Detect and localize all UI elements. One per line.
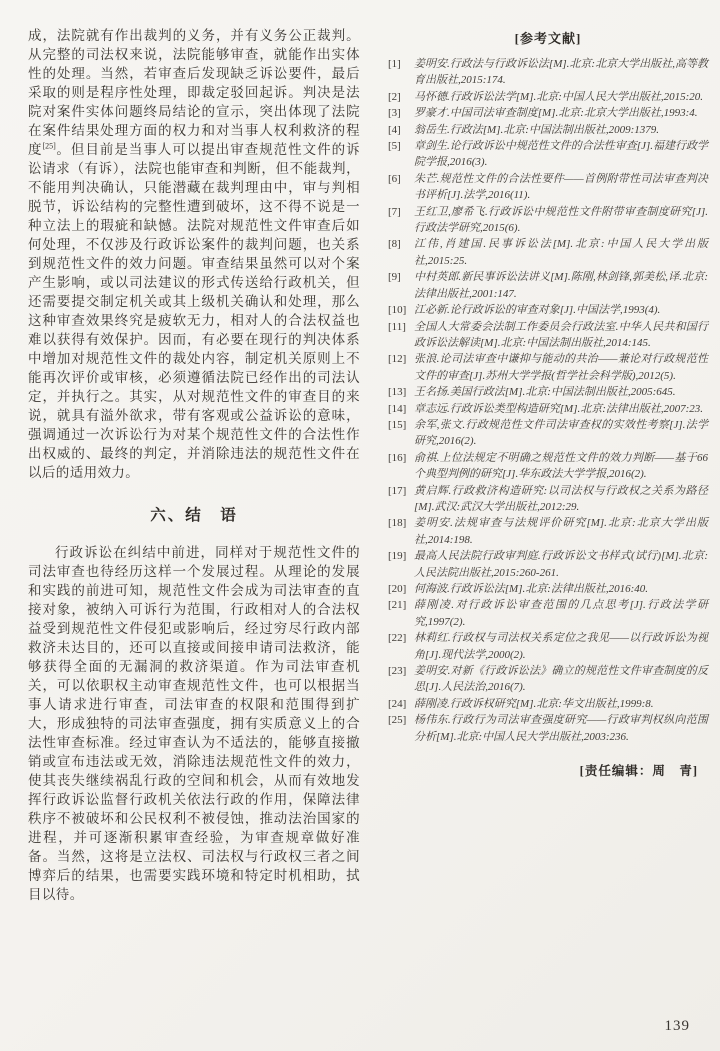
reference-item: [3] 罗豪才.中国司法审查制度[M].北京:北京大学出版社,1993:4. [388, 105, 708, 121]
reference-text: 姜明安.行政法与行政诉讼法[M].北京:北京大学出版社,高等教育出版社,2015… [414, 56, 708, 89]
reference-number: [11] [388, 319, 414, 352]
reference-number: [20] [388, 581, 414, 597]
reference-item: [16] 俞祺.上位法规定不明确之规范性文件的效力判断——基于66个典型判例的研… [388, 450, 708, 483]
reference-text: 章志远.行政诉讼类型构造研究[M].北京:法律出版社,2007:23. [414, 401, 708, 417]
reference-number: [24] [388, 696, 414, 712]
references-list: [1] 姜明安.行政法与行政诉讼法[M].北京:北京大学出版社,高等教育出版社,… [388, 56, 708, 745]
reference-item: [14] 章志远.行政诉讼类型构造研究[M].北京:法律出版社,2007:23. [388, 401, 708, 417]
reference-number: [10] [388, 302, 414, 318]
reference-number: [21] [388, 597, 414, 630]
reference-text: 杨伟东.行政行为司法审查强度研究——行政审判权纵向范围分析[M].北京:中国人民… [414, 712, 708, 745]
reference-item: [11] 全国人大常委会法制工作委员会行政法室.中华人民共和国行政诉讼法解读[M… [388, 319, 708, 352]
reference-text: 章剑生.论行政诉讼中规范性文件的合法性审查[J].福建行政学院学报,2016(3… [414, 138, 708, 171]
reference-text: 薛刚凌.行政诉权研究[M].北京:华文出版社,1999:8. [414, 696, 708, 712]
reference-text: 中村英郎.新民事诉讼法讲义[M].陈刚,林剑锋,郭美松,译.北京:法律出版社,2… [414, 269, 708, 302]
footnote-marker: [25] [43, 142, 56, 151]
reference-item: [8] 江伟,肖建国.民事诉讼法[M].北京:中国人民大学出版社,2015:25… [388, 236, 708, 269]
reference-text: 黄启辉.行政救济构造研究:以司法权与行政权之关系为路径[M].武汉:武汉大学出版… [414, 483, 708, 516]
reference-item: [25] 杨伟东.行政行为司法审查强度研究——行政审判权纵向范围分析[M].北京… [388, 712, 708, 745]
reference-number: [18] [388, 515, 414, 548]
reference-number: [13] [388, 384, 414, 400]
reference-item: [6] 朱芒.规范性文件的合法性要件——首例附带性司法审查判决书评析[J].法学… [388, 171, 708, 204]
reference-text: 最高人民法院行政审判庭.行政诉讼文书样式(试行)[M].北京:人民法院出版社,2… [414, 548, 708, 581]
reference-number: [15] [388, 417, 414, 450]
reference-text: 江必新.论行政诉讼的审查对象[J].中国法学,1993(4). [414, 302, 708, 318]
reference-number: [6] [388, 171, 414, 204]
reference-item: [19] 最高人民法院行政审判庭.行政诉讼文书样式(试行)[M].北京:人民法院… [388, 548, 708, 581]
reference-item: [15] 余军,张文.行政规范性文件司法审查权的实效性考察[J].法学研究,20… [388, 417, 708, 450]
paper-page: 成，法院就有作出裁判的义务，并有义务公正裁判。从完整的司法权来说，法院能够审查，… [0, 0, 720, 1051]
reference-item: [23] 姜明安.对新《行政诉讼法》确立的规范性文件审查制度的反思[J].人民法… [388, 663, 708, 696]
paragraph-1-text: 成，法院就有作出裁判的义务，并有义务公正裁判。从完整的司法权来说，法院能够审查，… [28, 28, 360, 157]
reference-number: [14] [388, 401, 414, 417]
reference-item: [10] 江必新.论行政诉讼的审查对象[J].中国法学,1993(4). [388, 302, 708, 318]
reference-number: [23] [388, 663, 414, 696]
reference-text: 朱芒.规范性文件的合法性要件——首例附带性司法审查判决书评析[J].法学,201… [414, 171, 708, 204]
reference-number: [3] [388, 105, 414, 121]
reference-item: [21] 薛刚凌.对行政诉讼审查范围的几点思考[J].行政法学研究,1997(2… [388, 597, 708, 630]
reference-item: [4] 翁岳生.行政法[M].北京:中国法制出版社,2009:1379. [388, 122, 708, 138]
reference-text: 姜明安.法规审查与法规评价研究[M].北京:北京大学出版社,2014:198. [414, 515, 708, 548]
reference-number: [1] [388, 56, 414, 89]
reference-item: [22] 林莉红.行政权与司法权关系定位之我见——以行政诉讼为视角[J].现代法… [388, 630, 708, 663]
page-number: 139 [665, 1018, 691, 1035]
reference-text: 王红卫,廖希飞.行政诉讼中规范性文件附带审查制度研究[J].行政法学研究,201… [414, 204, 708, 237]
references-column: [参考文献] [1] 姜明安.行政法与行政诉讼法[M].北京:北京大学出版社,高… [388, 26, 708, 779]
reference-text: 姜明安.对新《行政诉讼法》确立的规范性文件审查制度的反思[J].人民法治,201… [414, 663, 708, 696]
paragraph-1-continued: 。但目前是当事人可以提出审查规范性文件的诉讼请求（有诉），法院也能审查和判断，但… [28, 142, 360, 480]
reference-text: 薛刚凌.对行政诉讼审查范围的几点思考[J].行政法学研究,1997(2). [414, 597, 708, 630]
reference-number: [9] [388, 269, 414, 302]
editor-credit: [责任编辑：周 青] [388, 761, 708, 779]
reference-text: 江伟,肖建国.民事诉讼法[M].北京:中国人民大学出版社,2015:25. [414, 236, 708, 269]
reference-item: [13] 王名扬.美国行政法[M].北京:中国法制出版社,2005:645. [388, 384, 708, 400]
reference-item: [17] 黄启辉.行政救济构造研究:以司法权与行政权之关系为路径[M].武汉:武… [388, 483, 708, 516]
reference-item: [2] 马怀德.行政诉讼法学[M].北京:中国人民大学出版社,2015:20. [388, 89, 708, 105]
reference-number: [22] [388, 630, 414, 663]
reference-text: 余军,张文.行政规范性文件司法审查权的实效性考察[J].法学研究,2016(2)… [414, 417, 708, 450]
reference-item: [20] 何海波.行政诉讼法[M].北京:法律出版社,2016:40. [388, 581, 708, 597]
reference-item: [18] 姜明安.法规审查与法规评价研究[M].北京:北京大学出版社,2014:… [388, 515, 708, 548]
reference-text: 全国人大常委会法制工作委员会行政法室.中华人民共和国行政诉讼法解读[M].北京:… [414, 319, 708, 352]
reference-item: [5] 章剑生.论行政诉讼中规范性文件的合法性审查[J].福建行政学院学报,20… [388, 138, 708, 171]
reference-item: [12] 张浪.论司法审查中谦抑与能动的共治——兼论对行政规范性文件的审查[J]… [388, 351, 708, 384]
body-paragraph-1: 成，法院就有作出裁判的义务，并有义务公正裁判。从完整的司法权来说，法院能够审查，… [28, 26, 360, 482]
reference-number: [5] [388, 138, 414, 171]
reference-text: 俞祺.上位法规定不明确之规范性文件的效力判断——基于66个典型判例的研究[J].… [414, 450, 708, 483]
reference-text: 何海波.行政诉讼法[M].北京:法律出版社,2016:40. [414, 581, 708, 597]
references-heading: [参考文献] [388, 28, 708, 47]
reference-item: [9] 中村英郎.新民事诉讼法讲义[M].陈刚,林剑锋,郭美松,译.北京:法律出… [388, 269, 708, 302]
reference-number: [17] [388, 483, 414, 516]
reference-number: [19] [388, 548, 414, 581]
reference-number: [2] [388, 89, 414, 105]
reference-text: 翁岳生.行政法[M].北京:中国法制出版社,2009:1379. [414, 122, 708, 138]
section-heading-conclusion: 六、结 语 [28, 503, 360, 525]
reference-number: [4] [388, 122, 414, 138]
reference-text: 王名扬.美国行政法[M].北京:中国法制出版社,2005:645. [414, 384, 708, 400]
reference-number: [8] [388, 236, 414, 269]
reference-text: 罗豪才.中国司法审查制度[M].北京:北京大学出版社,1993:4. [414, 105, 708, 121]
left-column: 成，法院就有作出裁判的义务，并有义务公正裁判。从完整的司法权来说，法院能够审查，… [28, 26, 360, 904]
reference-item: [24] 薛刚凌.行政诉权研究[M].北京:华文出版社,1999:8. [388, 696, 708, 712]
reference-item: [1] 姜明安.行政法与行政诉讼法[M].北京:北京大学出版社,高等教育出版社,… [388, 56, 708, 89]
reference-number: [16] [388, 450, 414, 483]
reference-text: 张浪.论司法审查中谦抑与能动的共治——兼论对行政规范性文件的审查[J].苏州大学… [414, 351, 708, 384]
reference-number: [7] [388, 204, 414, 237]
body-paragraph-2: 行政诉讼在纠结中前进，同样对于规范性文件的司法审查也待经历这样一个发展过程。从理… [28, 543, 360, 904]
reference-text: 林莉红.行政权与司法权关系定位之我见——以行政诉讼为视角[J].现代法学,200… [414, 630, 708, 663]
reference-number: [25] [388, 712, 414, 745]
reference-text: 马怀德.行政诉讼法学[M].北京:中国人民大学出版社,2015:20. [414, 89, 708, 105]
reference-item: [7] 王红卫,廖希飞.行政诉讼中规范性文件附带审查制度研究[J].行政法学研究… [388, 204, 708, 237]
reference-number: [12] [388, 351, 414, 384]
